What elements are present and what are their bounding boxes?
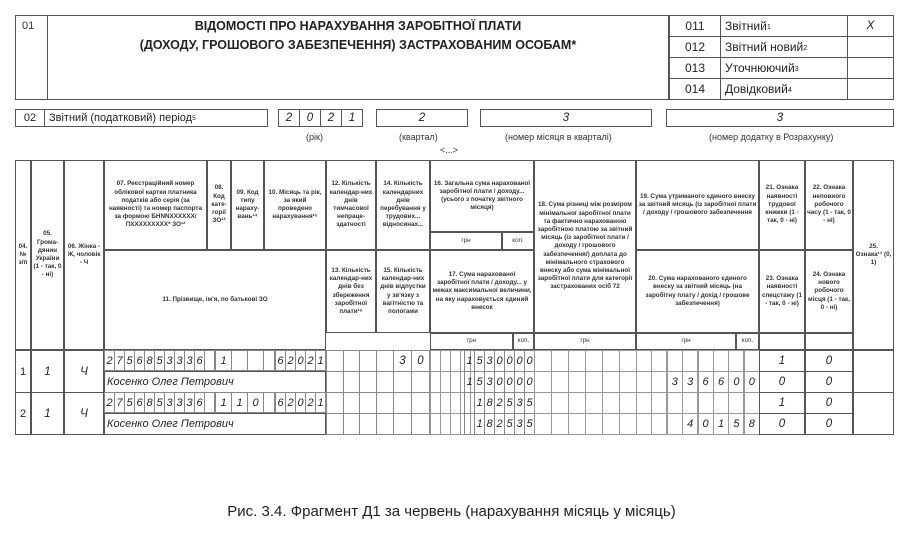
column-header-13: 13. Кількість календар-них днів без збер… [326, 250, 376, 333]
accrual-type-field[interactable] [263, 350, 275, 371]
sum20-digit[interactable] [667, 413, 683, 435]
sum20-cell[interactable] [636, 371, 652, 393]
sum20-digit[interactable]: 5 [728, 413, 744, 435]
days-cell[interactable] [359, 350, 377, 372]
sum19-cell[interactable] [744, 350, 760, 372]
min-diff-cell[interactable] [585, 371, 603, 393]
days-digit[interactable]: 3 [393, 350, 412, 372]
category-digit[interactable]: 1 [215, 350, 232, 371]
report-type-label: Звітний1 [720, 15, 848, 37]
report-type-code: 014 [669, 78, 721, 100]
column-header-24: 24. Ознака нового робочого місця (1 - та… [805, 250, 853, 333]
column-header-11: 11. Прізвище, ім'я, по батькові ЗО [104, 250, 326, 350]
column-header-18: 18. Сума різниці між розміром мінімально… [534, 160, 636, 333]
year-digit[interactable]: 1 [341, 109, 363, 127]
column-header-15: 15. Кількість календар-них днів відпустк… [376, 250, 430, 333]
appendix-caption: (номер додатку в Розрахунку) [709, 132, 833, 142]
sum19-cell[interactable] [667, 350, 683, 372]
days-cell[interactable] [343, 371, 360, 393]
column-header-20: 20. Сума нарахованого єдиного внеску за … [636, 250, 759, 333]
days-cell[interactable] [326, 371, 344, 393]
report-type-label: Звітний новий2 [720, 36, 848, 58]
year-digit[interactable]: 0 [299, 109, 321, 127]
sum20-digit[interactable]: 1 [713, 413, 729, 435]
column-header-21: 21. Ознака наявності трудової книжки (1 … [759, 160, 805, 250]
sum20-digit[interactable]: 3 [667, 371, 683, 393]
column-header-25: 25. Ознака¹⁷ (0, 1) [853, 160, 894, 350]
sum19-cell[interactable] [667, 392, 683, 414]
min-diff-cell[interactable] [534, 371, 552, 393]
empty-cell [204, 350, 215, 371]
min-diff-cell[interactable] [568, 392, 586, 414]
sum20-cell[interactable] [651, 371, 667, 393]
column-header-08: 08. Код кате-горії ЗО¹³ [207, 160, 231, 250]
days-cell[interactable] [326, 392, 344, 414]
flag-21-field[interactable]: 1 [759, 350, 805, 372]
column-header-17: 17. Сума нарахованої заробітної плати / … [430, 250, 534, 333]
empty-cell [204, 392, 215, 413]
row-number: 2 [15, 392, 31, 435]
sum19-cell[interactable] [651, 350, 667, 372]
report-type-mark-checkbox[interactable] [847, 36, 894, 58]
appendix-number-field[interactable]: 3 [666, 109, 894, 127]
code-01: 01 [22, 20, 34, 32]
title-line1: ВІДОМОСТІ ПРО НАРАХУВАННЯ ЗАРОБІТНОЇ ПЛА… [47, 17, 669, 36]
column-header-16: 16. Загальна сума нарахованої заробітної… [430, 160, 534, 232]
column-header-14: 14. Кількість календарних днів перебуван… [376, 160, 430, 250]
min-diff-cell[interactable] [602, 350, 620, 372]
sum20-digit[interactable]: 3 [682, 371, 698, 393]
kop-label: коп. [513, 333, 534, 350]
period-code: 02 [15, 109, 45, 127]
flag-25-field[interactable] [853, 392, 894, 435]
days-cell[interactable] [326, 350, 344, 372]
column-header-23: 23. Ознака наявності спецстажу (1 - так,… [759, 250, 805, 333]
accrual-type-field[interactable] [263, 392, 275, 413]
figure-caption: Рис. 3.4. Фрагмент Д1 за червень (нараху… [0, 503, 903, 520]
days-cell[interactable] [359, 371, 377, 393]
sum20-digit[interactable]: 0 [728, 371, 744, 393]
min-diff-cell[interactable] [619, 371, 637, 393]
uah-label: грн [430, 333, 513, 350]
month-caption: (номер місяця в кварталі) [505, 132, 612, 142]
min-diff-cell[interactable] [551, 371, 569, 393]
sum19-cell[interactable] [682, 392, 698, 414]
days-cell[interactable] [376, 413, 394, 435]
ellipsis: <...> [440, 145, 458, 155]
sum20-digit[interactable]: 4 [682, 413, 698, 435]
sum19-cell[interactable] [636, 392, 652, 414]
days-cell[interactable] [326, 413, 344, 435]
category-digit[interactable]: 0 [247, 392, 264, 413]
min-diff-cell[interactable] [602, 392, 620, 414]
category-digit[interactable]: 1 [215, 392, 232, 413]
min-diff-cell[interactable] [568, 371, 586, 393]
category-digit[interactable] [247, 350, 264, 371]
sum19-cell[interactable] [728, 392, 744, 414]
min-diff-cell[interactable] [602, 371, 620, 393]
title-line2: (ДОХОДУ, ГРОШОВОГО ЗАБЕЗПЕЧЕННЯ) ЗАСТРАХ… [47, 36, 669, 55]
sum19-cell[interactable] [728, 350, 744, 372]
flag-23-field[interactable]: 0 [759, 413, 805, 435]
sum20-digit[interactable]: 6 [713, 371, 729, 393]
month-year-digit[interactable]: 1 [315, 350, 326, 371]
report-type-label: Уточнюючий3 [720, 57, 848, 79]
min-diff-cell[interactable] [534, 392, 552, 414]
column-header-04: 04. № з/п [15, 160, 31, 350]
days-cell[interactable] [376, 350, 394, 372]
days-cell[interactable] [411, 413, 430, 435]
report-type-code: 013 [669, 57, 721, 79]
days-cell[interactable] [359, 392, 377, 414]
sum20-cell[interactable] [651, 413, 667, 435]
min-diff-cell[interactable] [551, 413, 569, 435]
min-diff-cell[interactable] [602, 413, 620, 435]
days-cell[interactable] [376, 392, 394, 414]
full-name-field[interactable]: Косенко Олег Петрович [104, 371, 326, 393]
sum20-cell[interactable] [636, 413, 652, 435]
gender-field[interactable]: Ч [64, 392, 104, 435]
min-diff-cell[interactable] [568, 350, 586, 372]
month-year-digit[interactable]: 1 [315, 392, 326, 413]
citizen-field[interactable]: 1 [31, 350, 64, 393]
column-header-22: 22. Ознака неповного робочого часу (1 - … [805, 160, 853, 250]
column-header-06: 06. Жінка - Ж, чоловік - Ч [64, 160, 104, 350]
flag-22-field[interactable]: 0 [805, 350, 853, 372]
days-cell[interactable] [393, 371, 412, 393]
flag-25-field[interactable] [853, 350, 894, 393]
quarter-caption: (квартал) [399, 132, 438, 142]
min-diff-cell[interactable] [534, 350, 552, 372]
flag-24-field[interactable]: 0 [805, 371, 853, 393]
full-name-field[interactable]: Косенко Олег Петрович [104, 413, 326, 435]
year-digit[interactable]: 2 [320, 109, 342, 127]
column-header-19: 19. Сума утриманого єдиного внеску за зв… [636, 160, 759, 250]
flag-21-field[interactable]: 1 [759, 392, 805, 414]
days-cell[interactable] [411, 371, 430, 393]
days-digit[interactable] [393, 392, 412, 414]
sum19-cell[interactable] [698, 392, 714, 414]
row-number: 1 [15, 350, 31, 393]
min-diff-cell[interactable] [619, 413, 637, 435]
kop-label: коп. [736, 333, 759, 350]
year-digit[interactable]: 2 [278, 109, 300, 127]
report-type-code: 011 [669, 15, 721, 37]
column-header-10: 10. Місяць та рік, за який проведено нар… [264, 160, 326, 250]
empty-cell [759, 333, 805, 350]
sum20-digit[interactable]: 8 [744, 413, 760, 435]
period-label: Звітний (податковий) період5 [44, 109, 268, 127]
min-diff-cell[interactable] [585, 413, 603, 435]
min-diff-cell[interactable] [534, 413, 552, 435]
min-diff-cell[interactable] [585, 392, 603, 414]
min-diff-cell[interactable] [585, 350, 603, 372]
report-type-mark-checkbox[interactable] [847, 57, 894, 79]
sum19-cell[interactable] [698, 350, 714, 372]
month-in-quarter-field[interactable]: 3 [480, 109, 652, 127]
column-header-09: 09. Код типу нараху-вань¹⁴ [231, 160, 264, 250]
quarter-field[interactable]: 2 [376, 109, 468, 127]
flag-23-field[interactable]: 0 [759, 371, 805, 393]
report-type-mark-checkbox[interactable]: X [847, 15, 894, 37]
year-caption: (рік) [306, 132, 323, 142]
flag-22-field[interactable]: 0 [805, 392, 853, 414]
category-digit[interactable] [231, 350, 248, 371]
sum19-cell[interactable] [744, 392, 760, 414]
sum20-digit[interactable]: 0 [698, 413, 714, 435]
citizen-field[interactable]: 1 [31, 392, 64, 435]
sum20-digit[interactable]: 0 [744, 371, 760, 393]
report-type-label: Довідковий4 [720, 78, 848, 100]
min-diff-cell[interactable] [619, 350, 637, 372]
column-header-05: 05. Грома-дянин України (1 - так, 0 - ні… [31, 160, 64, 350]
empty-cell [805, 333, 853, 350]
uah-label: грн [636, 333, 736, 350]
flag-24-field[interactable]: 0 [805, 413, 853, 435]
category-digit[interactable]: 1 [231, 392, 248, 413]
report-type-code: 012 [669, 36, 721, 58]
days-cell[interactable] [359, 413, 377, 435]
kop-label: коп. [502, 232, 534, 250]
min-diff-cell[interactable] [551, 392, 569, 414]
days-cell[interactable] [343, 392, 360, 414]
min-diff-cell[interactable] [619, 392, 637, 414]
column-header-07: 07. Реєстраційний номер облікової картки… [104, 160, 207, 250]
gender-field[interactable]: Ч [64, 350, 104, 393]
days-cell[interactable] [376, 371, 394, 393]
days-digit[interactable] [411, 392, 430, 414]
sum19-cell[interactable] [636, 350, 652, 372]
uah-label: грн [534, 333, 636, 350]
days-cell[interactable] [343, 413, 360, 435]
uah-label: грн [430, 232, 502, 250]
form-title: ВІДОМОСТІ ПРО НАРАХУВАННЯ ЗАРОБІТНОЇ ПЛА… [47, 17, 669, 55]
days-cell[interactable] [393, 413, 412, 435]
sum20-digit[interactable]: 6 [698, 371, 714, 393]
min-diff-cell[interactable] [551, 350, 569, 372]
sum19-cell[interactable] [713, 392, 729, 414]
sum19-cell[interactable] [651, 392, 667, 414]
column-header-12: 12. Кількість календар-них днів тимчасов… [326, 160, 376, 250]
report-type-mark-checkbox[interactable] [847, 78, 894, 100]
sum19-cell[interactable] [682, 350, 698, 372]
min-diff-cell[interactable] [568, 413, 586, 435]
days-cell[interactable] [343, 350, 360, 372]
days-digit[interactable]: 0 [411, 350, 430, 372]
sum19-cell[interactable] [713, 350, 729, 372]
